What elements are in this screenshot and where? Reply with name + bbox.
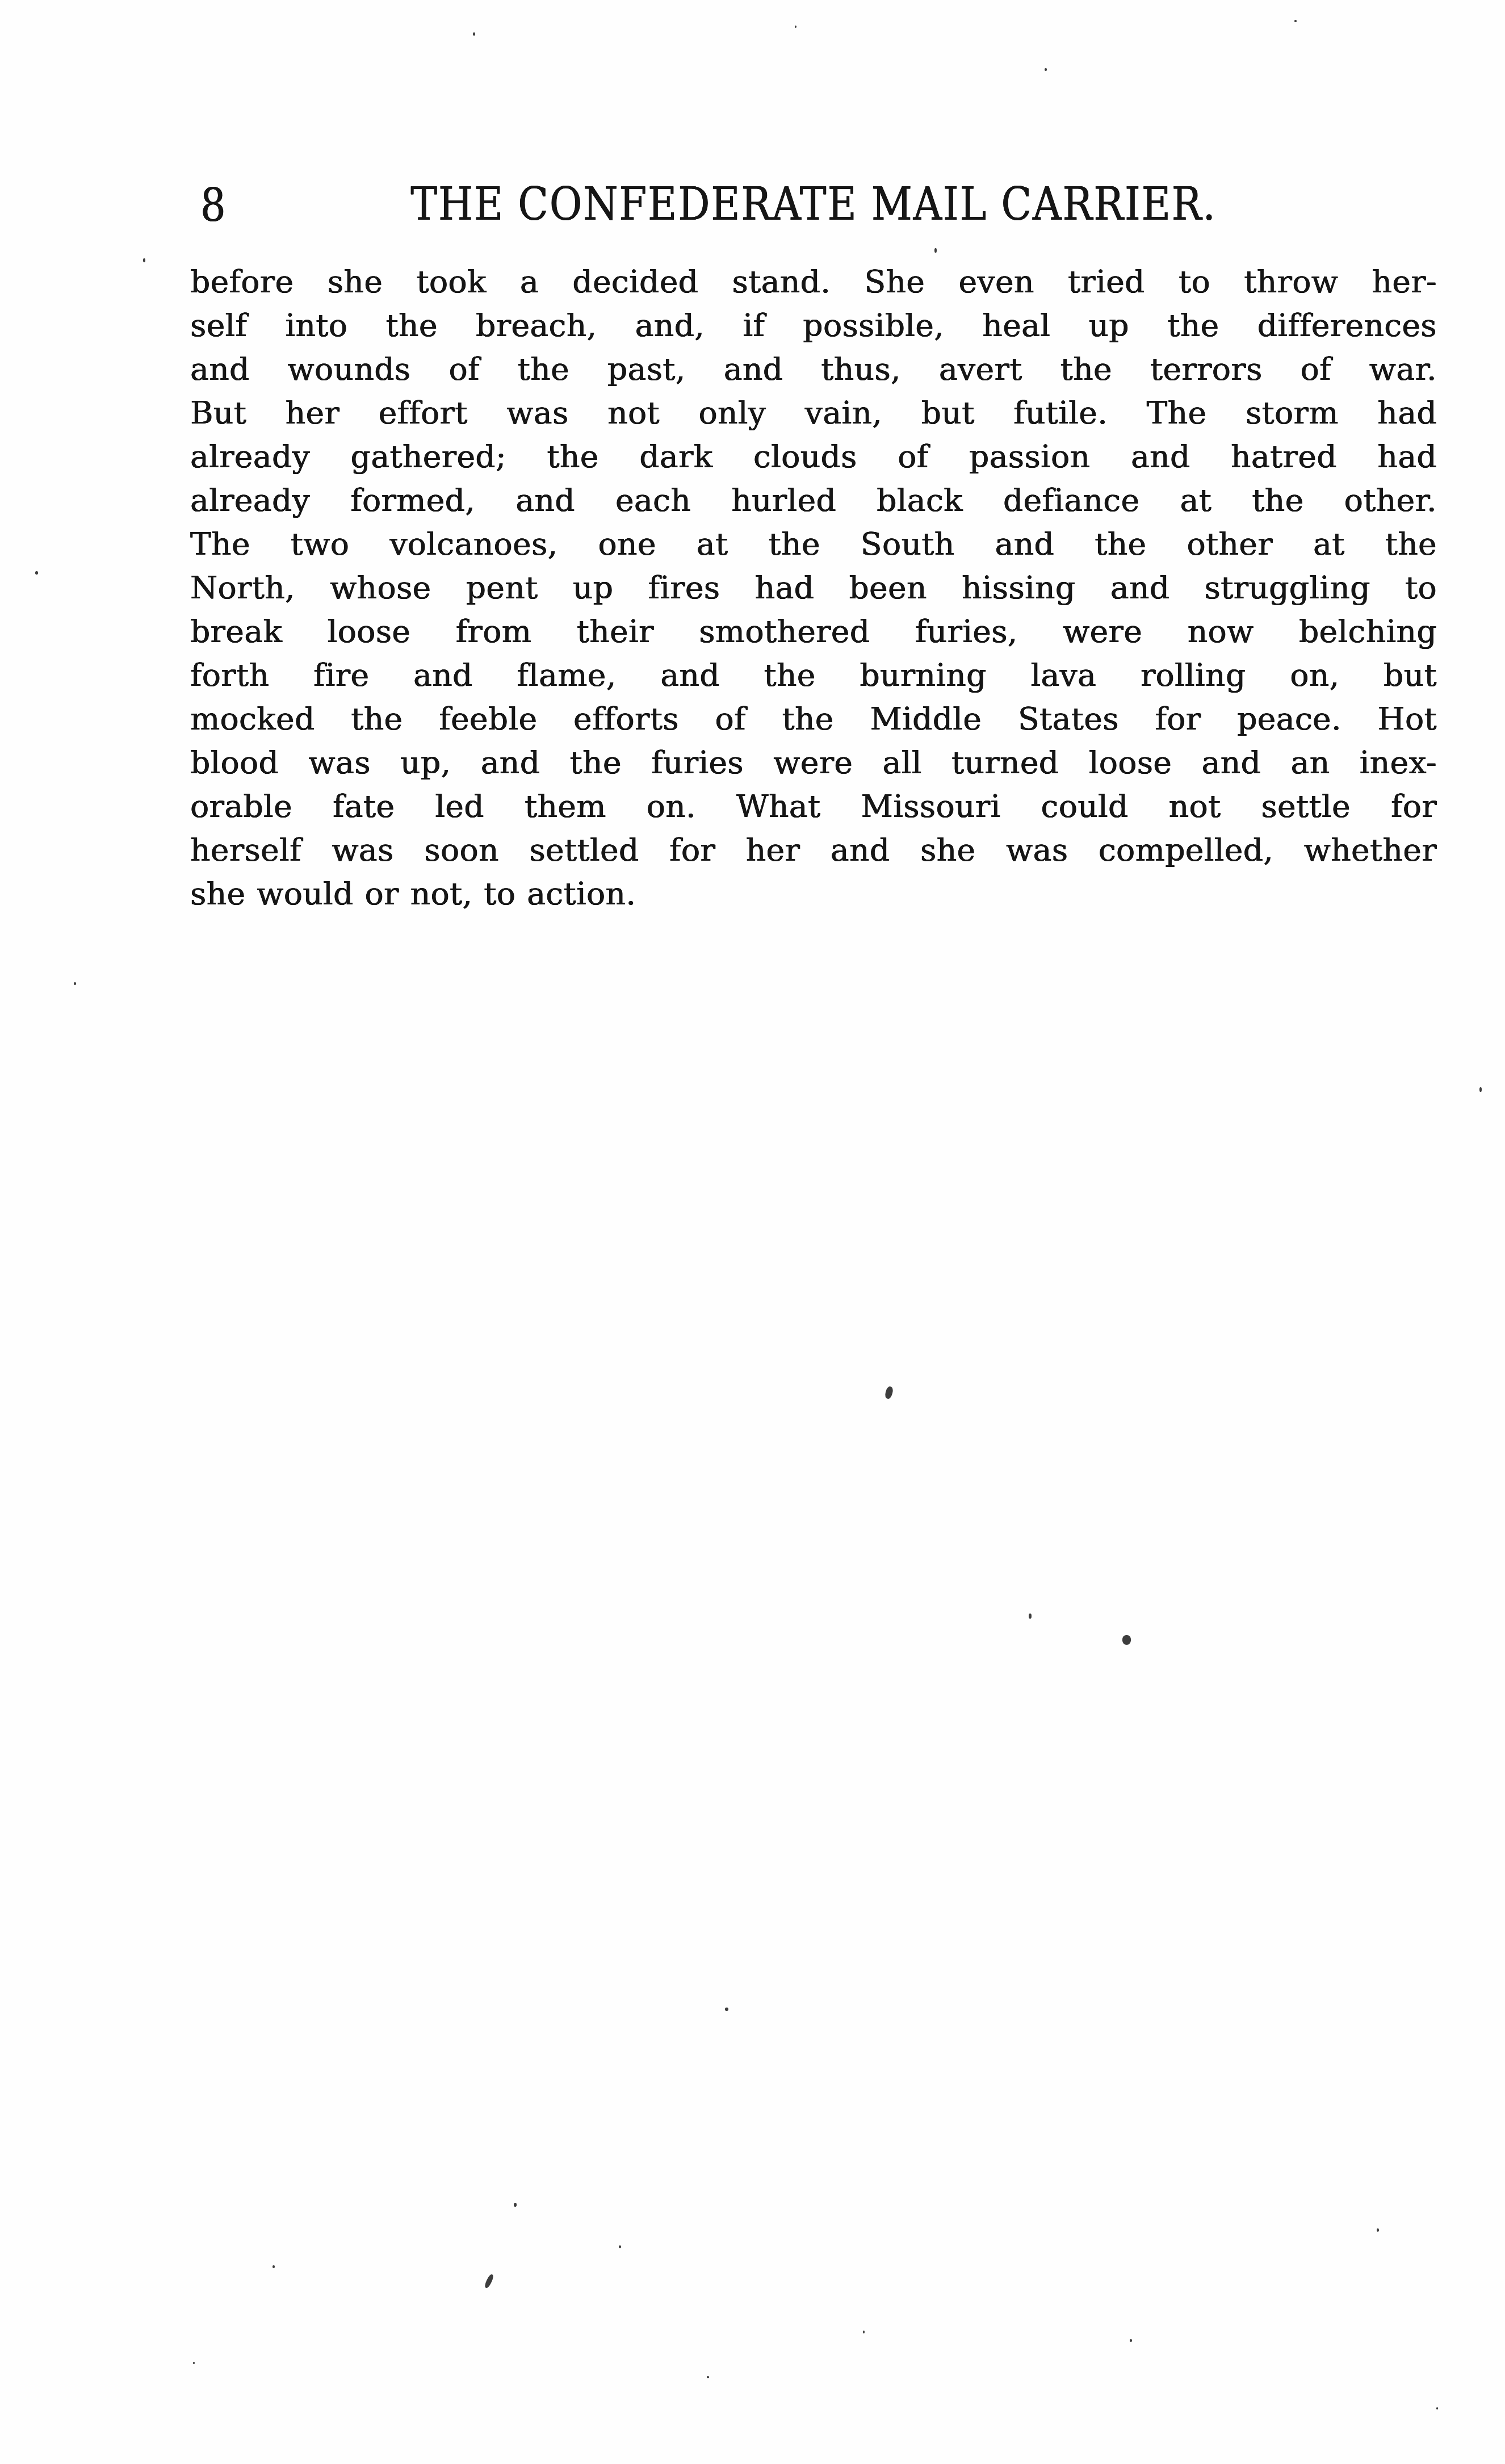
text-line: break loose from their smothered furies,… — [190, 610, 1437, 653]
scan-speck — [1029, 1614, 1032, 1619]
scan-speck — [934, 248, 937, 253]
text-line: before she took a decided stand. She eve… — [190, 260, 1437, 304]
page-header: 8 THE CONFEDERATE MAIL CARRIER. — [190, 177, 1437, 234]
scan-speck — [884, 1386, 894, 1399]
text-line: orable fate led them on. What Missouri c… — [190, 785, 1437, 828]
scan-speck — [863, 2331, 865, 2333]
text-line: North, whose pent up fires had been hiss… — [190, 566, 1437, 610]
scan-speck — [725, 2008, 728, 2011]
scan-speck — [1377, 2228, 1379, 2232]
text-line: forth fire and flame, and the burning la… — [190, 653, 1437, 697]
scan-speck — [1122, 1635, 1131, 1645]
text-line: blood was up, and the furies were all tu… — [190, 741, 1437, 785]
text-line: already gathered; the dark clouds of pas… — [190, 435, 1437, 479]
scan-speck — [473, 32, 475, 36]
scan-speck — [35, 571, 38, 575]
book-page: 8 THE CONFEDERATE MAIL CARRIER. before s… — [0, 0, 1505, 2464]
scan-speck — [707, 2376, 709, 2378]
scan-speck — [74, 982, 76, 985]
scan-speck — [273, 2265, 275, 2268]
scan-speck — [1436, 2407, 1438, 2409]
scan-speck — [1130, 2339, 1132, 2342]
text-line: mocked the feeble efforts of the Middle … — [190, 697, 1437, 741]
scan-speck — [1294, 20, 1297, 22]
text-line: The two volcanoes, one at the South and … — [190, 522, 1437, 566]
scan-speck — [193, 2362, 195, 2364]
paragraph-block: before she took a decided stand. She eve… — [190, 260, 1437, 916]
scan-speck — [514, 2203, 517, 2207]
scan-speck — [484, 2273, 494, 2289]
scan-speck — [1479, 1087, 1482, 1092]
text-line: But her effort was not only vain, but fu… — [190, 391, 1437, 435]
scan-speck — [619, 2245, 621, 2248]
text-line: and wounds of the past, and thus, avert … — [190, 347, 1437, 391]
running-title: THE CONFEDERATE MAIL CARRIER. — [190, 177, 1437, 231]
text-line: she would or not, to action. — [190, 872, 1437, 916]
text-line: herself was soon settled for her and she… — [190, 828, 1437, 872]
scan-speck — [795, 26, 796, 28]
text-line: already formed, and each hurled black de… — [190, 479, 1437, 522]
text-line: self into the breach, and, if possible, … — [190, 304, 1437, 347]
scan-speck — [1045, 68, 1047, 71]
scan-speck — [143, 258, 145, 262]
